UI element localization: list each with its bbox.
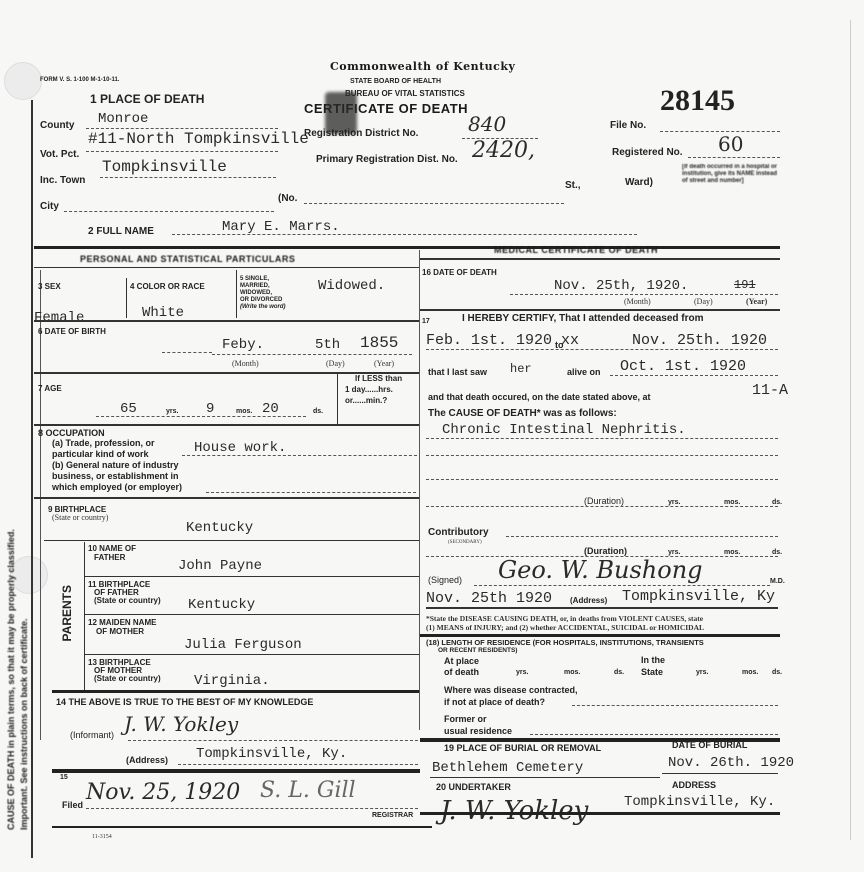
- occupation-b-line-3: which employed (or employer): [52, 482, 182, 493]
- vot-pct-value: #11-North Tompkinsville: [88, 130, 309, 148]
- color-label: 4 COLOR OR RACE: [130, 282, 205, 291]
- margin-instruction-2: Important. See instructions on back of c…: [19, 480, 29, 830]
- age-yrs-label: yrs.: [166, 408, 178, 416]
- father-birthplace-line: [85, 614, 419, 615]
- father-birthplace-label: 11 BIRTHPLACE OF FATHER (State or countr…: [88, 581, 161, 605]
- paper-right-edge: [850, 20, 851, 840]
- physician-signature: Geo. W. Bushong: [498, 556, 703, 584]
- form-left-border-2: [40, 270, 41, 740]
- occupation-b-line: [206, 492, 416, 493]
- county-line: [86, 128, 278, 129]
- registered-no: 60: [718, 132, 743, 156]
- alive-on-label: alive on: [567, 367, 601, 377]
- less-than-line-1: If LESS than: [345, 373, 402, 384]
- dob-line: [212, 354, 412, 355]
- burial-place-value: Bethlehem Cemetery: [432, 760, 583, 776]
- street-line: [304, 203, 564, 204]
- date-of-death-line: [510, 294, 778, 295]
- marital-line-3: WIDOWED,: [240, 290, 286, 297]
- marital-line-4: OR DIVORCED: [240, 297, 286, 304]
- at-place-label: At place: [444, 656, 479, 666]
- no-label: (No.: [278, 193, 297, 204]
- contributory-label: Contributory: [428, 527, 489, 538]
- color-value: White: [142, 305, 184, 321]
- cause-value: Chronic Intestinal Nephritis.: [442, 422, 686, 438]
- father-name-label-line-2: FATHER: [88, 553, 136, 562]
- physician-address-label: (Address): [570, 596, 607, 605]
- age-ds-label: ds.: [313, 408, 323, 416]
- residence-heading-2: OR RECENT RESIDENTS): [438, 647, 517, 655]
- last-saw-date: Oct. 1st. 1920: [620, 358, 746, 375]
- age-mos-label: mos.: [236, 408, 252, 416]
- contributory-line: [506, 536, 778, 537]
- city-label: City: [40, 201, 59, 212]
- city-line: [64, 211, 274, 212]
- date-of-death-label: 16 DATE OF DEATH: [422, 268, 497, 277]
- date-of-death-value: Nov. 25th, 1920.: [554, 278, 688, 294]
- duration-line-1: [426, 506, 778, 507]
- mother-birthplace-label-line-3: (State or country): [88, 675, 161, 683]
- dob-month-caption: (Month): [232, 359, 259, 368]
- last-saw-line: [610, 375, 778, 376]
- residence-ds-1: ds.: [614, 669, 624, 677]
- attended-line: [426, 349, 778, 350]
- sex-value: Female: [34, 310, 84, 326]
- dob-month: Feby.: [222, 337, 264, 353]
- dod-day-caption: (Day): [694, 297, 713, 306]
- mother-name-line: [85, 654, 419, 655]
- physician-address: Tompkinsville, Ky: [622, 588, 775, 605]
- filed-date: Nov. 25, 1920: [86, 780, 240, 805]
- mother-birthplace-label: 13 BIRTHPLACE OF MOTHER (State or countr…: [88, 659, 161, 683]
- residence-mos-1: mos.: [564, 669, 580, 677]
- registration-district-label: Registration District No.: [304, 128, 418, 139]
- contracted-line: [572, 705, 778, 706]
- ward-label: Ward): [625, 177, 653, 188]
- state-label: State: [641, 667, 663, 677]
- birthplace-sublabel: (State or country): [52, 513, 108, 522]
- last-saw-label: that I last saw: [428, 367, 487, 377]
- date-of-death-struck-year: 191: [734, 278, 756, 292]
- mother-name-label-line-2: OF MOTHER: [88, 627, 156, 636]
- full-name-label: 2 FULL NAME: [88, 226, 154, 237]
- mother-name-value: Julia Ferguson: [184, 637, 302, 653]
- informant-address-line: [178, 764, 418, 765]
- certify-number: 17: [422, 318, 430, 326]
- contracted-label-2: if not at place of death?: [444, 697, 545, 707]
- dod-month-caption: (Month): [624, 297, 651, 306]
- personal-heading-line: [34, 267, 419, 268]
- burial-place-line: [430, 777, 660, 778]
- center-divider: [419, 250, 420, 730]
- vot-pct-label: Vot. Pct.: [40, 149, 79, 160]
- father-name-label-line-1: 10 NAME OF: [88, 544, 136, 553]
- margin-instruction-1: CAUSE OF DEATH in plain terms, so that i…: [6, 430, 16, 830]
- undertaker-address-value: Tompkinsville, Ky.: [624, 794, 775, 810]
- mother-birthplace-value: Virginia.: [194, 673, 270, 689]
- in-the-label: In the: [641, 655, 665, 665]
- age-days: 20: [262, 401, 279, 417]
- sex-label: 3 SEX: [38, 282, 61, 291]
- filed-line: [86, 808, 418, 809]
- less-than-line-3: or......min.?: [345, 395, 402, 406]
- informant-signature: J. W. Yokley: [124, 712, 238, 736]
- occupation-b-line-2: business, or establishment in: [52, 471, 182, 482]
- age-divider: [337, 374, 338, 424]
- certify-text: I HEREBY CERTIFY, That I attended deceas…: [462, 313, 704, 324]
- age-label: 7 AGE: [38, 384, 62, 393]
- county-value: Monroe: [98, 111, 148, 127]
- cause-line-3: [426, 479, 778, 480]
- form-left-border: [31, 100, 33, 858]
- filed-bottom-line: [52, 826, 432, 828]
- row-age-bottom: [34, 424, 419, 426]
- row-birthplace-bottom: [44, 540, 419, 541]
- full-name-value: Mary E. Marrs.: [222, 219, 340, 235]
- parents-divider: [84, 542, 85, 692]
- divider-name: [34, 246, 780, 249]
- occupation-b-label: (b) General nature of industry business,…: [52, 460, 182, 493]
- parents-side-label: PARENTS: [60, 585, 74, 641]
- informant-label: (Informant): [70, 730, 114, 740]
- marital-value: Widowed.: [318, 278, 385, 294]
- signed-date: Nov. 25th 1920: [426, 590, 552, 607]
- residence-heading: (18) LENGTH OF RESIDENCE (FOR HOSPITALS,…: [426, 639, 704, 647]
- signed-label: (Signed): [428, 575, 462, 585]
- age-line: [96, 416, 306, 417]
- dob-year-caption: (Year): [374, 359, 394, 368]
- county-label: County: [40, 120, 74, 131]
- residence-mos-2: mos.: [742, 669, 758, 677]
- registered-no-label: Registered No.: [612, 147, 683, 158]
- registrar-signature: S. L. Gill: [260, 778, 356, 803]
- undertaker-signature: J. W. Yokley: [440, 796, 588, 826]
- filed-number: 15: [60, 774, 68, 782]
- occupation-a2-label: particular kind of work: [52, 449, 149, 459]
- dob-year: 1855: [360, 334, 398, 352]
- primary-registration-value: 2420,: [472, 138, 535, 163]
- mother-name-label-line-1: 12 MAIDEN NAME: [88, 618, 156, 627]
- contracted-label: Where was disease contracted,: [444, 685, 578, 695]
- row-occupation-bottom: [34, 497, 419, 499]
- marital-label: 5 SINGLE, MARRIED, WIDOWED, OR DIVORCED …: [240, 276, 286, 311]
- inc-town-value: Tompkinsville: [102, 158, 227, 176]
- death-occurred-text: and that death occured, on the date stat…: [428, 392, 651, 402]
- footnote: *State the DISEASE CAUSING DEATH, or, in…: [426, 614, 704, 632]
- occupation-a-label: (a) Trade, profession, or: [52, 438, 155, 448]
- secondary-label: (SECONDARY): [448, 540, 482, 545]
- parents-bottom-line: [52, 690, 419, 693]
- row-sex-bottom: [34, 320, 419, 322]
- file-number: 28145: [660, 84, 735, 118]
- father-name-value: John Payne: [178, 558, 262, 574]
- vot-pct-line: [86, 151, 278, 152]
- signed-line: [474, 585, 770, 586]
- birthplace-value: Kentucky: [186, 520, 253, 536]
- death-time: 11-A: [752, 382, 788, 399]
- burial-date-value: Nov. 26th. 1920: [668, 755, 794, 771]
- marital-line-1: 5 SINGLE,: [240, 276, 286, 283]
- medical-heading-line: [420, 258, 780, 260]
- burial-place-label: 19 PLACE OF BURIAL OR REMOVAL: [444, 743, 601, 753]
- duration-label-2: (Duration): [584, 546, 627, 556]
- place-of-death-heading: 1 PLACE OF DEATH: [90, 92, 204, 106]
- form-code: FORM V. S. 1-100 M-1-10-11.: [40, 76, 119, 84]
- father-birthplace-value: Kentucky: [188, 597, 255, 613]
- former-label: Former or: [444, 714, 487, 724]
- burial-date-label: DATE OF BURIAL: [672, 740, 747, 750]
- footnote-line-1: *State the DISEASE CAUSING DEATH, or, in…: [426, 614, 704, 623]
- medical-heading: MEDICAL CERTIFICATE OF DEATH: [494, 245, 658, 255]
- dod-bottom-line: [420, 309, 780, 311]
- informant-statement: 14 THE ABOVE IS TRUE TO THE BEST OF MY K…: [56, 697, 313, 707]
- undertaker-address-label: ADDRESS: [672, 780, 716, 790]
- cause-label: The CAUSE OF DEATH* was as follows:: [428, 408, 617, 419]
- of-death-label: of death: [444, 667, 479, 677]
- footer-code: 11-3154: [92, 834, 112, 840]
- residence-ds-2: ds.: [772, 669, 782, 677]
- father-birthplace-label-line-3: (State or country): [88, 597, 161, 605]
- occupation-line: [182, 455, 417, 456]
- occupation-label: 8 OCCUPATION: [38, 428, 105, 438]
- father-name-label: 10 NAME OF FATHER: [88, 544, 136, 562]
- residence-yrs-1: yrs.: [516, 669, 528, 677]
- less-than-box: If LESS than 1 day......hrs. or......min…: [345, 373, 402, 406]
- dob-label: 6 DATE OF BIRTH: [38, 327, 106, 336]
- usual-residence-line: [530, 734, 778, 735]
- signed-date-line: [426, 607, 778, 609]
- st-label: St.,: [565, 180, 581, 191]
- less-than-line-2: 1 day......hrs.: [345, 384, 402, 395]
- footnote-line-2: (1) MEANS of INJURY; and (2) whether ACC…: [426, 623, 704, 632]
- inc-town-line: [100, 177, 276, 178]
- file-no-label: File No.: [610, 120, 646, 131]
- cause-line-2: [426, 455, 778, 456]
- marital-line-2: MARRIED,: [240, 283, 286, 290]
- informant-line: [128, 740, 418, 741]
- personal-heading: PERSONAL AND STATISTICAL PARTICULARS: [80, 254, 295, 264]
- md-label: M.D.: [770, 578, 785, 586]
- undertaker-label: 20 UNDERTAKER: [436, 782, 511, 792]
- duration-label-1: (Duration): [584, 496, 624, 506]
- footnote-bottom-line: [420, 634, 780, 637]
- dob-day-caption: (Day): [326, 359, 345, 368]
- marital-write-note: (Write the word): [240, 304, 286, 311]
- informant-address-value: Tompkinsville, Ky.: [196, 746, 347, 762]
- attended-to: Nov. 25th. 1920: [632, 332, 767, 349]
- dob-line-pre: [162, 352, 212, 353]
- usual-residence-label: usual residence: [444, 726, 512, 736]
- binder-hole-top: [4, 62, 42, 100]
- informant-bottom-line: [52, 769, 420, 773]
- filed-label: Filed: [62, 800, 83, 810]
- bureau-vital-statistics: BUREAU OF VITAL STATISTICS: [345, 90, 465, 98]
- burial-date-line: [662, 773, 778, 774]
- age-years: 65: [120, 401, 137, 417]
- residence-yrs-2: yrs.: [696, 669, 708, 677]
- dod-year-caption: (Year): [746, 297, 767, 306]
- occupation-value: House work.: [194, 440, 286, 456]
- mother-name-label: 12 MAIDEN NAME OF MOTHER: [88, 618, 156, 636]
- primary-registration-label: Primary Registration Dist. No.: [316, 154, 458, 165]
- last-saw-pronoun: her: [510, 362, 532, 376]
- occupation-b-line-1: (b) General nature of industry: [52, 460, 182, 471]
- full-name-line: [172, 234, 637, 235]
- commonwealth-title: Commonwealth of Kentucky: [330, 60, 515, 73]
- father-name-line: [85, 576, 419, 577]
- cause-line-1: [426, 438, 778, 439]
- dob-day: 5th: [315, 337, 340, 353]
- registrar-label: REGISTRAR: [372, 812, 413, 820]
- board-of-health: STATE BOARD OF HEALTH: [350, 78, 441, 86]
- inc-town-label: Inc. Town: [40, 175, 85, 186]
- informant-address-label: (Address): [126, 755, 168, 765]
- registered-no-line: [688, 157, 780, 158]
- sex-divider: [126, 278, 127, 318]
- age-months: 9: [206, 401, 214, 417]
- registration-district-value: 840: [468, 112, 506, 136]
- hospital-note: [If death occurred in a hospital or inst…: [682, 164, 782, 185]
- color-divider: [236, 270, 237, 318]
- burial-bottom-line: [420, 812, 780, 815]
